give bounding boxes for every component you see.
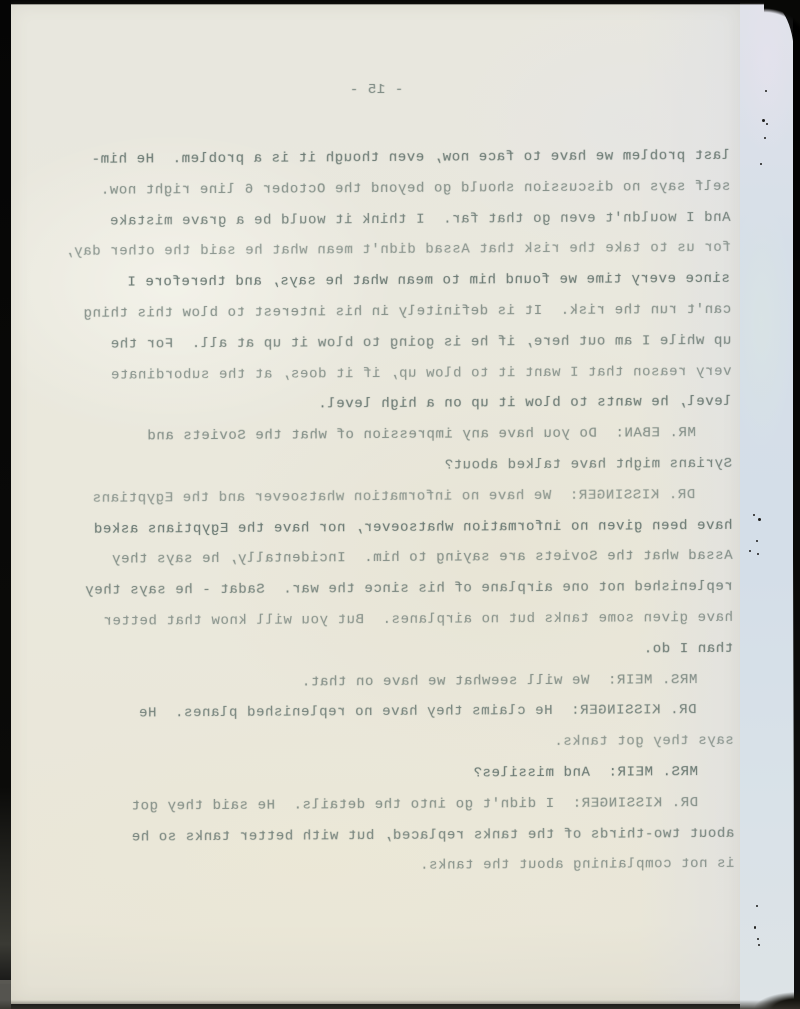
scanner-bed-top-edge [0, 0, 800, 5]
typed-line: DR. KISSINGER: I didn't go into the deta… [27, 788, 734, 823]
scanner-bed-bottom-edge [0, 1000, 800, 1009]
typed-line: self says no discussion should go beyond… [23, 172, 730, 207]
typed-line: replenished not one airplane of his sinc… [26, 572, 733, 607]
typed-line: DR. KISSINGER: We have no information wh… [24, 480, 731, 515]
typed-line: have given some tanks but no airplanes. … [26, 603, 733, 638]
scan-speck [757, 938, 759, 940]
typed-line: can't run the risk. It is definitely in … [24, 295, 731, 330]
typed-line: Assad what the Soviets are saying to him… [26, 541, 733, 576]
typed-line: for us to take the risk that Assad didn'… [24, 233, 731, 268]
typed-text-block: last problem we have to face now, even t… [23, 141, 735, 884]
scanner-bed-top-right-corner [764, 0, 800, 60]
scan-speck [766, 123, 768, 125]
scan-speck [758, 944, 760, 946]
scan-speck [764, 137, 766, 139]
typed-line: is not complaining about the tanks. [27, 849, 734, 884]
page-number: - 15 - [23, 80, 730, 100]
typed-line: since every time we found him to mean wh… [23, 264, 730, 299]
scanner-bed-right-edge [793, 0, 800, 1009]
scanned-page-root: - 15 - last problem we have to face now,… [0, 0, 800, 1009]
typed-line: about two-thirds of the tanks replaced, … [27, 818, 734, 853]
scan-speck [754, 926, 756, 929]
scan-speck [757, 553, 759, 555]
scan-speck [749, 550, 751, 552]
typed-line: MRS. MEIR: And missiles? [27, 757, 734, 792]
typed-line: have been given no information whatsoeve… [25, 510, 732, 545]
typed-line: And I wouldn't even go that far. I think… [23, 202, 730, 237]
scan-speck [760, 163, 762, 165]
page-edge-strip [740, 0, 794, 1009]
scan-speck [753, 514, 755, 516]
scan-speck [765, 90, 767, 92]
typed-line: MR. EBAN: Do you have any impression of … [25, 418, 732, 453]
scan-speck [758, 518, 761, 521]
scan-speck [756, 905, 758, 907]
typed-line: DR. KISSINGER: He claims they have no re… [25, 695, 732, 730]
paper-sheet: - 15 - last problem we have to face now,… [11, 4, 740, 1004]
typed-line: says they got tanks. [27, 726, 734, 761]
typed-line: Syrians might have talked about? [25, 449, 732, 484]
typed-line: up while I am out here, if he is going t… [24, 326, 731, 361]
typed-line: level, he wants to blow it up on a high … [25, 387, 732, 422]
typed-line: last problem we have to face now, even t… [23, 141, 730, 176]
typed-line: very reason that I want it to blow up, i… [24, 356, 731, 391]
typed-line: MRS. MEIR: We will seewhat we have on th… [26, 664, 733, 699]
scan-speck [756, 540, 758, 542]
mirrored-content: - 15 - last problem we have to face now,… [22, 2, 735, 1006]
scan-speck [762, 119, 765, 122]
scanner-bed-left-edge [0, 0, 11, 984]
typed-line: than I do. [26, 634, 733, 669]
